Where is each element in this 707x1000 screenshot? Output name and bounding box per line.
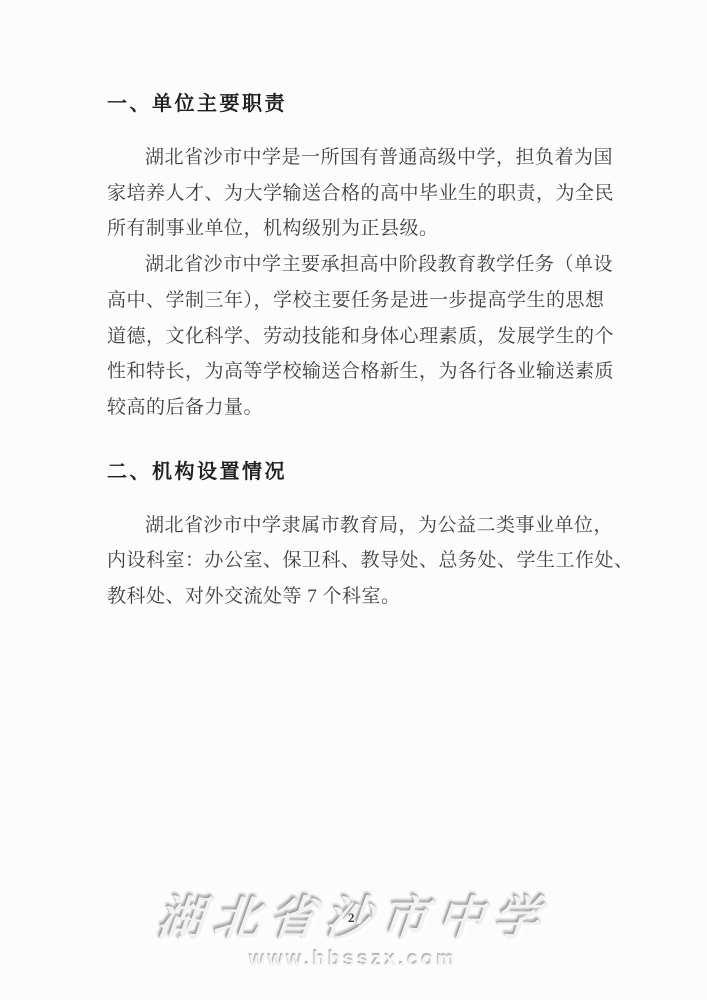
watermark-website-url: www.hbsszx.com [0,949,707,972]
section-organization: 二、机构设置情况 湖北省沙市中学隶属市教育局，为公益二类事业单位， 内设科室：办… [107,458,600,615]
text-line: 道德，文化科学、劳动技能和身体心理素质，发展学生的个 [107,319,600,355]
text-line: 所有制事业单位，机构级别为正县级。 [107,211,600,247]
page-number: 2 [348,910,355,926]
section-heading-2: 二、机构设置情况 [107,458,600,486]
text-line: 教科处、对外交流处等 7 个科室。 [107,579,600,615]
text-line: 湖北省沙市中学是一所国有普通高级中学，担负着为国 [107,140,600,176]
footer-watermark: 2 湖北省沙市中学 www.hbsszx.com [0,893,707,972]
text-line: 较高的后备力量。 [107,390,600,426]
text-line: 性和特长，为高等学校输送合格新生，为各行各业输送素质 [107,354,600,390]
paragraph-1: 湖北省沙市中学是一所国有普通高级中学，担负着为国 家培养人才、为大学输送合格的高… [107,140,600,247]
text-line: 湖北省沙市中学隶属市教育局，为公益二类事业单位， [107,508,600,544]
text-line: 高中、学制三年），学校主要任务是进一步提高学生的思想 [107,283,600,319]
text-line: 家培养人才、为大学输送合格的高中毕业生的职责，为全民 [107,176,600,212]
document-content: 一、单位主要职责 湖北省沙市中学是一所国有普通高级中学，担负着为国 家培养人才、… [107,90,600,615]
paragraph-2: 湖北省沙市中学主要承担高中阶段教育教学任务（单设 高中、学制三年），学校主要任务… [107,247,600,426]
text-line: 湖北省沙市中学主要承担高中阶段教育教学任务（单设 [107,247,600,283]
text-line: 内设科室：办公室、保卫科、教导处、总务处、学生工作处、 [107,543,600,579]
document-page: 一、单位主要职责 湖北省沙市中学是一所国有普通高级中学，担负着为国 家培养人才、… [0,0,707,1000]
section-unit-duties: 一、单位主要职责 湖北省沙市中学是一所国有普通高级中学，担负着为国 家培养人才、… [107,90,600,426]
watermark-school-name: 湖北省沙市中学 [0,893,707,947]
section-heading-1: 一、单位主要职责 [107,90,600,118]
paragraph-3: 湖北省沙市中学隶属市教育局，为公益二类事业单位， 内设科室：办公室、保卫科、教导… [107,508,600,615]
